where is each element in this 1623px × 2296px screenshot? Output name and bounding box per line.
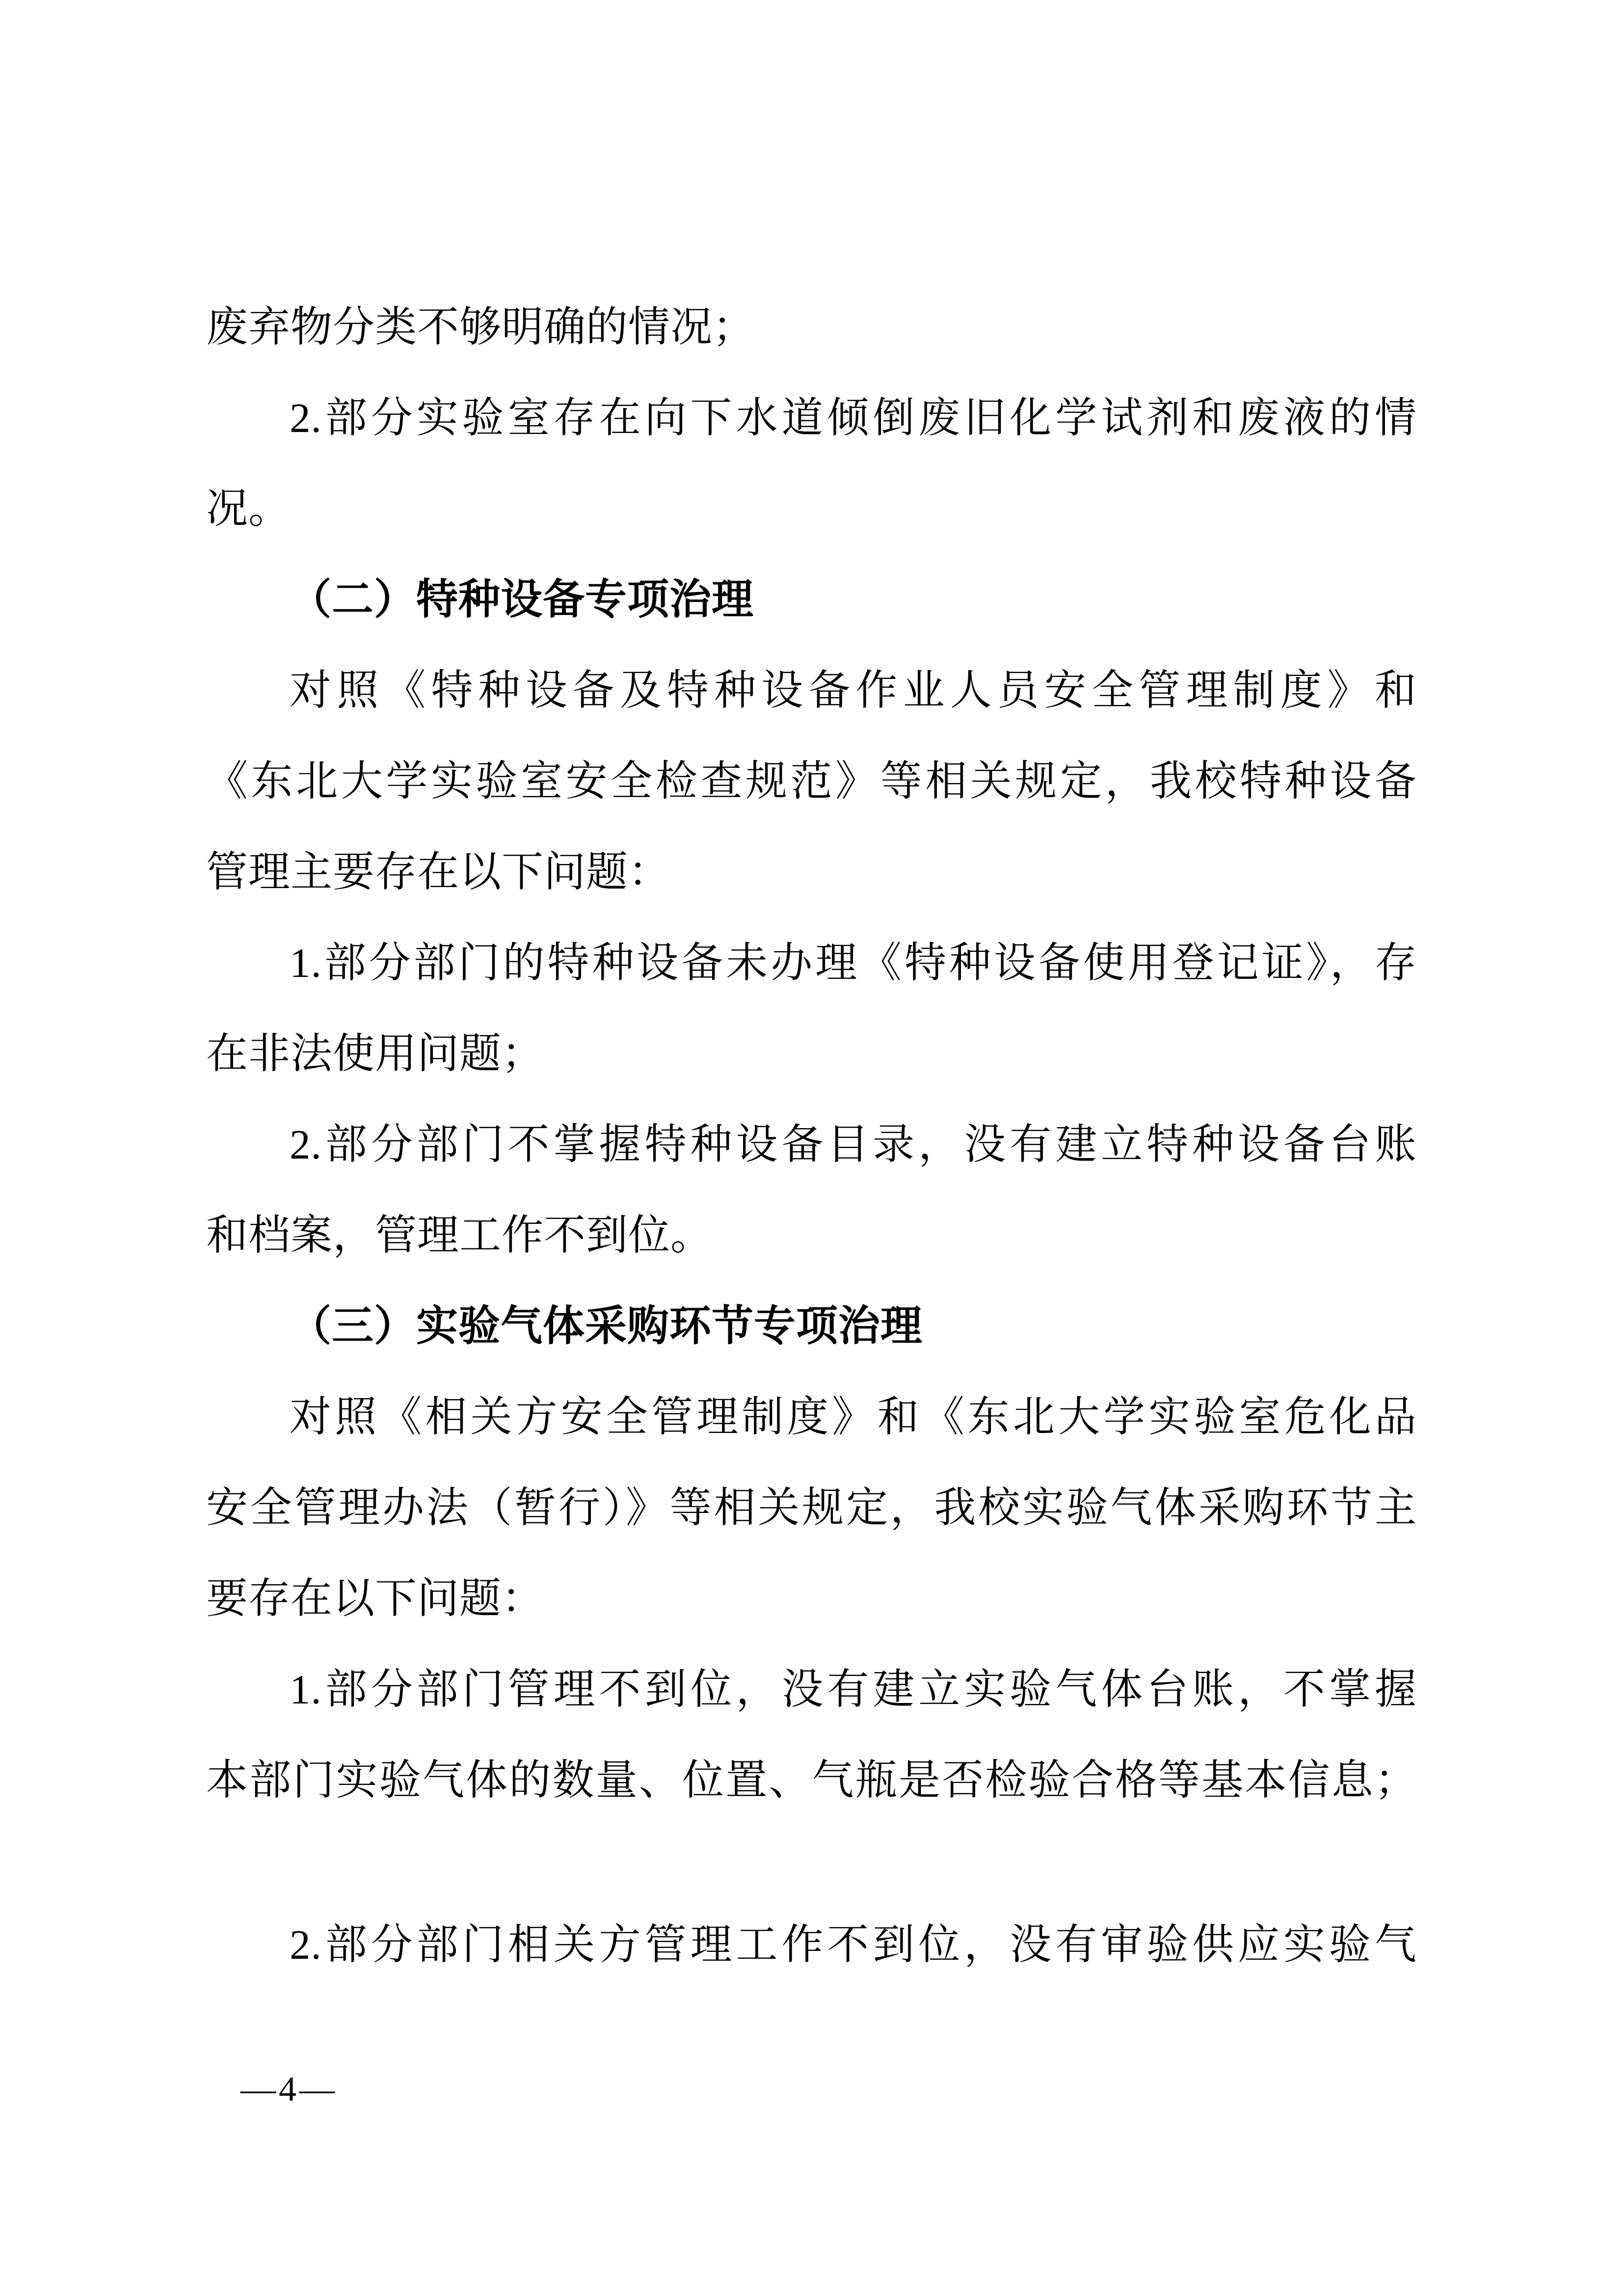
- body-text-line: 1.部分部门的特种设备未办理《特种设备使用登记证》，存: [206, 918, 1417, 1009]
- blank-line: [206, 1826, 1417, 1900]
- document-page: 废弃物分类不够明确的情况； 2.部分实验室存在向下水道倾倒废旧化学试剂和废液的情…: [0, 0, 1623, 2296]
- body-text-line: 和档案，管理工作不到位。: [206, 1190, 1417, 1281]
- body-text-line: 2.部分部门不掌握特种设备目录，没有建立特种设备台账: [206, 1100, 1417, 1190]
- section-heading-2: （二）特种设备专项治理: [206, 555, 1417, 646]
- body-text-line: 要存在以下问题：: [206, 1554, 1417, 1645]
- body-text-line: 况。: [206, 464, 1417, 555]
- body-text-line: 本部门实验气体的数量、位置、气瓶是否检验合格等基本信息；: [206, 1735, 1417, 1826]
- document-body: 废弃物分类不够明确的情况； 2.部分实验室存在向下水道倾倒废旧化学试剂和废液的情…: [206, 282, 1417, 1991]
- body-text-line: 2.部分部门相关方管理工作不到位，没有审验供应实验气: [206, 1900, 1417, 1991]
- body-text-line: 《东北大学实验室安全检查规范》等相关规定，我校特种设备: [206, 736, 1417, 827]
- body-text-line: 对照《特种设备及特种设备作业人员安全管理制度》和: [206, 646, 1417, 736]
- body-text-line: 管理主要存在以下问题：: [206, 827, 1417, 918]
- body-text-line: 在非法使用问题；: [206, 1009, 1417, 1100]
- body-text-line: 对照《相关方安全管理制度》和《东北大学实验室危化品: [206, 1372, 1417, 1463]
- body-text-line: 1.部分部门管理不到位，没有建立实验气体台账，不掌握: [206, 1645, 1417, 1735]
- body-text-line: 2.部分实验室存在向下水道倾倒废旧化学试剂和废液的情: [206, 373, 1417, 464]
- body-text-line: 废弃物分类不够明确的情况；: [206, 282, 1417, 373]
- section-heading-3: （三）实验气体采购环节专项治理: [206, 1281, 1417, 1372]
- body-text-line: 安全管理办法（暂行）》等相关规定，我校实验气体采购环节主: [206, 1463, 1417, 1554]
- page-number: —4—: [240, 2062, 338, 2116]
